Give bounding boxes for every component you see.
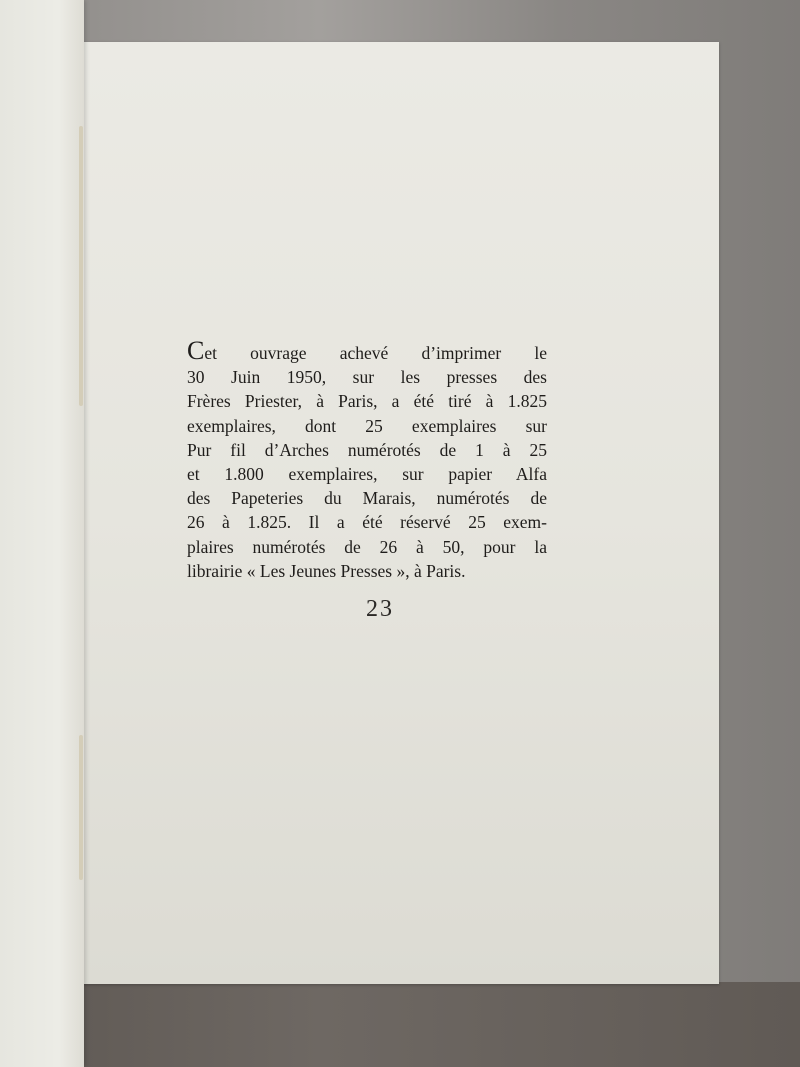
colophon-line: Cet ouvrage achevé d’imprimer le: [187, 341, 547, 365]
left-page: [0, 0, 84, 1067]
colophon-line: 30 Juin 1950, sur les presses des: [187, 365, 547, 389]
binding-thread-bottom: [79, 735, 83, 880]
drop-cap: C: [187, 336, 204, 365]
colophon-line: des Papeteries du Marais, numérotés de: [187, 486, 547, 510]
table-surface: [0, 982, 800, 1067]
page-number: 23: [366, 596, 394, 623]
colophon-line: exemplaires, dont 25 exemplaires sur: [187, 414, 547, 438]
colophon-line: 26 à 1.825. Il a été réservé 25 exem-: [187, 510, 547, 534]
colophon-line: Pur fil d’Arches numérotés de 1 à 25: [187, 438, 547, 462]
colophon-text: Cet ouvrage achevé d’imprimer le 30 Juin…: [187, 341, 547, 583]
colophon-line: Frères Priester, à Paris, a été tiré à 1…: [187, 389, 547, 413]
colophon-line: et 1.800 exemplaires, sur papier Alfa: [187, 462, 547, 486]
colophon-line: plaires numérotés de 26 à 50, pour la: [187, 535, 547, 559]
binding-thread-top: [79, 126, 83, 406]
colophon-line: librairie « Les Jeunes Presses », à Pari…: [187, 559, 547, 583]
